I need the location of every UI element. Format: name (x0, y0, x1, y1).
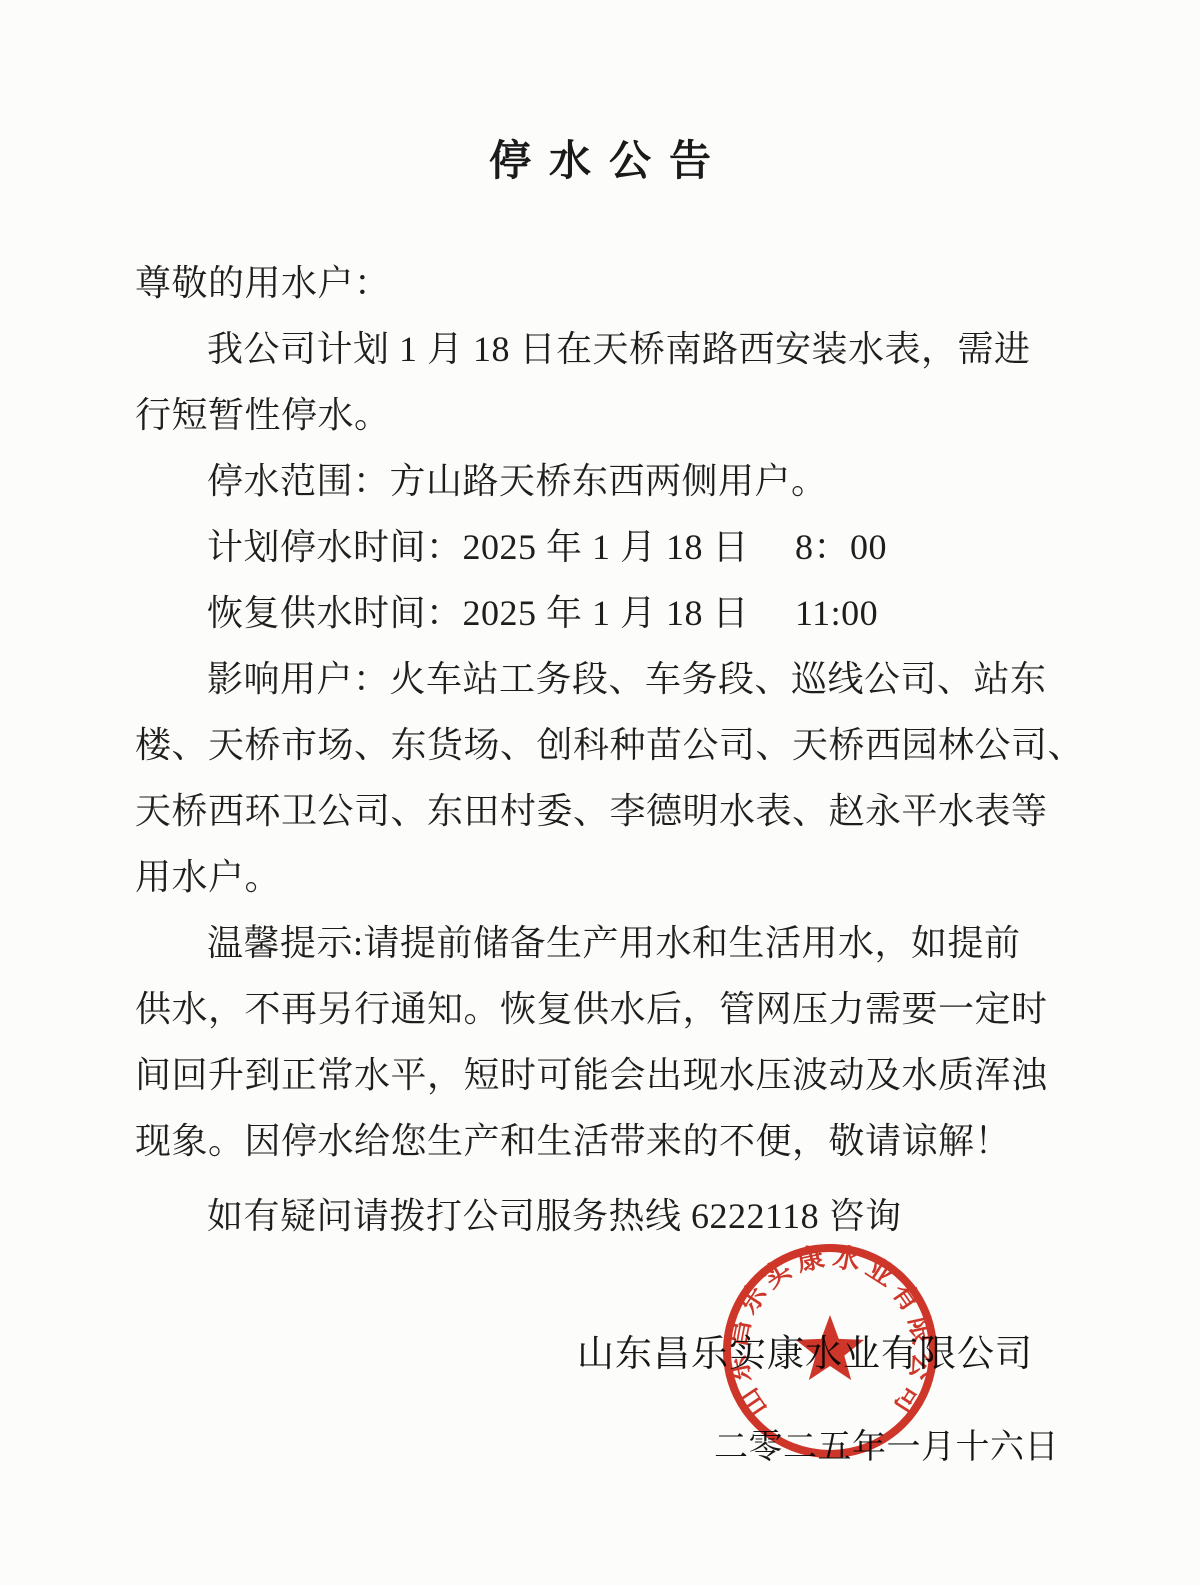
notice-line: 楼、天桥市场、东货场、创科种苗公司、天桥西园林公司、 (135, 712, 1075, 778)
stamp-ring-text: 山东昌乐实康水业有限公司 (721, 1241, 938, 1422)
notice-line-resume-time: 恢复供水时间：2025 年 1 月 18 日 11:00 (135, 580, 1075, 646)
notice-line-hotline: 如有疑问请拨打公司服务热线 6222118 咨询 (135, 1183, 1075, 1249)
notice-line: 行短暂性停水。 (135, 382, 1075, 448)
notice-line: 天桥西环卫公司、东田村委、李德明水表、赵永平水表等 (135, 778, 1075, 844)
svg-text:山东昌乐实康水业有限公司: 山东昌乐实康水业有限公司 (721, 1241, 938, 1422)
notice-line-tips: 温馨提示:请提前储备生产用水和生活用水，如提前 (135, 910, 1075, 976)
notice-line: 我公司计划 1 月 18 日在天桥南路西安装水表，需进 (135, 316, 1075, 382)
notice-line: 供水，不再另行通知。恢复供水后，管网压力需要一定时 (135, 976, 1075, 1042)
notice-line-stop-time: 计划停水时间：2025 年 1 月 18 日 8：00 (135, 514, 1075, 580)
signature-company: 山东昌乐实康水业有限公司 (577, 1333, 1033, 1377)
notice-document: 停水公告 尊敬的用水户： 我公司计划 1 月 18 日在天桥南路西安装水表，需进… (0, 0, 1200, 1585)
notice-line: 现象。因停水给您生产和生活带来的不便，敬请谅解！ (135, 1108, 1075, 1174)
notice-body: 尊敬的用水户： 我公司计划 1 月 18 日在天桥南路西安装水表，需进 行短暂性… (135, 250, 1075, 1249)
salutation-line: 尊敬的用水户： (135, 250, 1075, 316)
notice-line-scope: 停水范围：方山路天桥东西两侧用户。 (135, 448, 1075, 514)
notice-line: 用水户。 (135, 844, 1075, 910)
notice-line-affected: 影响用户：火车站工务段、车务段、巡线公司、站东 (135, 646, 1075, 712)
notice-line: 间回升到正常水平，短时可能会出现水压波动及水质浑浊 (135, 1042, 1075, 1108)
signature-date: 二零二五年一月十六日 (714, 1428, 1059, 1468)
notice-title: 停水公告 (0, 136, 1200, 188)
